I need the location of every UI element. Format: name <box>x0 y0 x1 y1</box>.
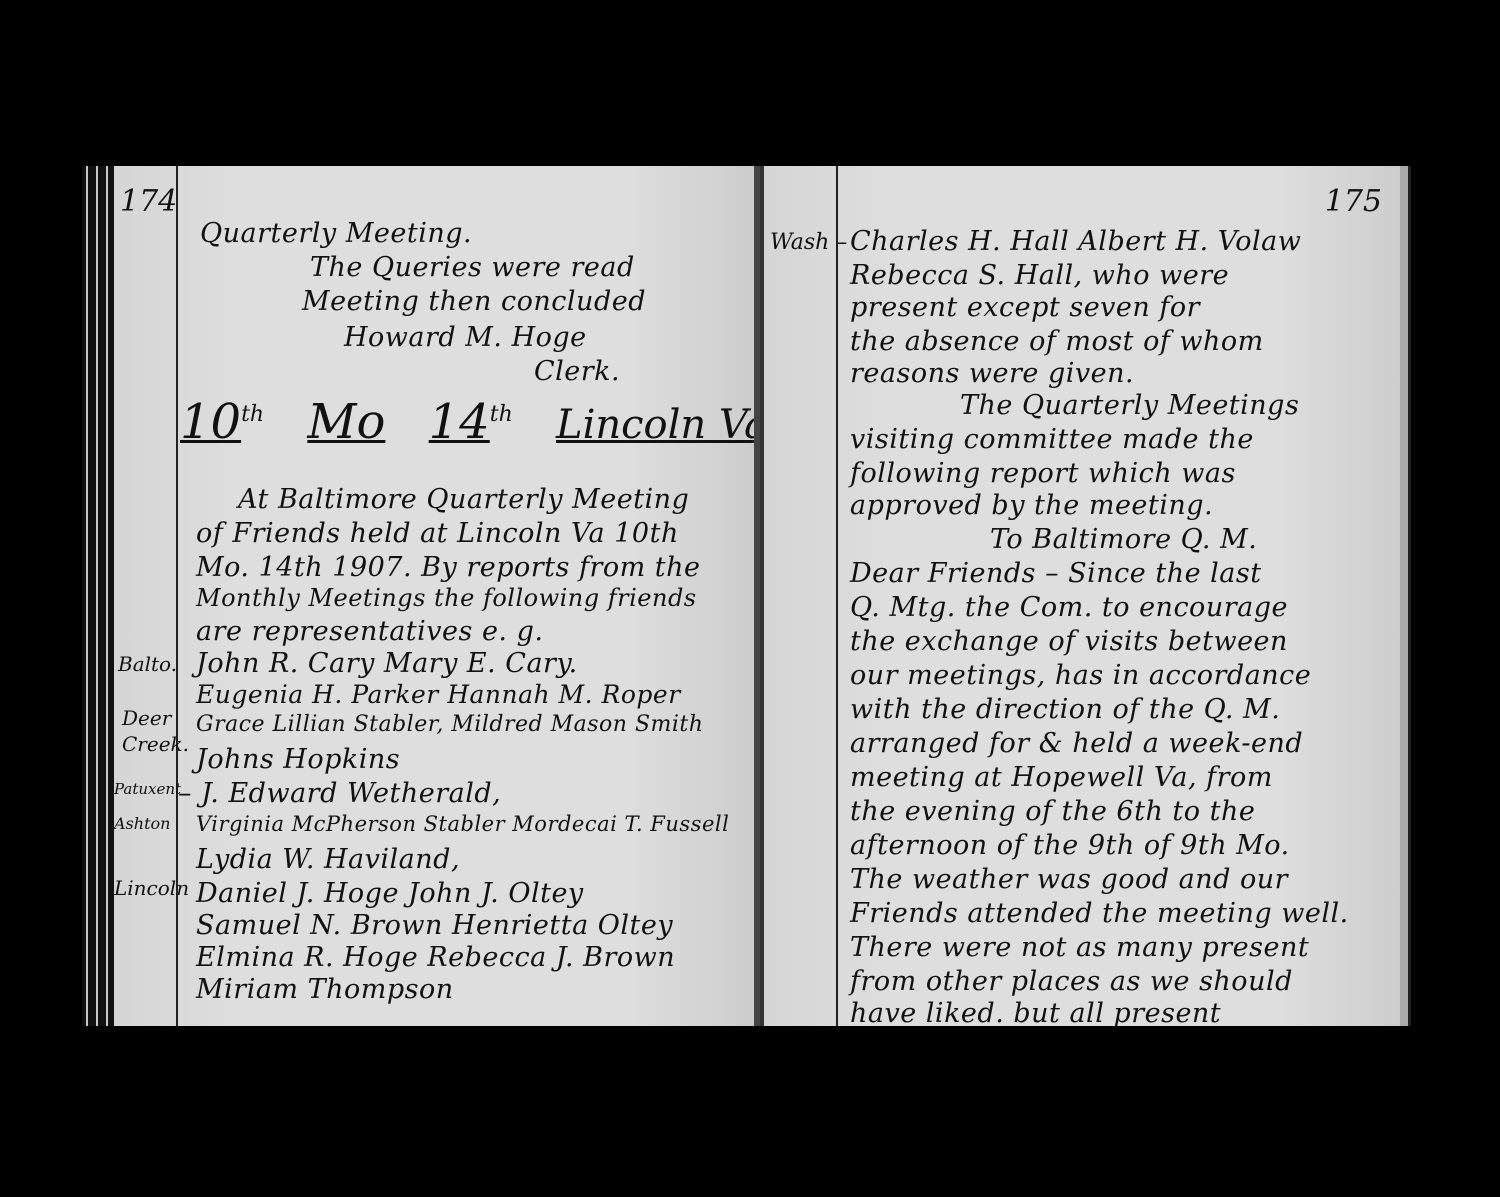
text-line: Miriam Thompson <box>196 974 454 1005</box>
heading-place: Lincoln Va <box>556 402 768 448</box>
book-edge-bands <box>82 166 114 1026</box>
text-line: Dear Friends – Since the last <box>850 558 1262 589</box>
text-line: Grace Lillian Stabler, Mildred Mason Smi… <box>196 712 703 737</box>
text-line: the evening of the 6th to the <box>850 796 1255 827</box>
margin-note-creek: Creek. <box>122 732 189 756</box>
margin-note-balto: Balto. <box>118 652 177 676</box>
page-number: 174 <box>120 184 177 219</box>
text-line: Virginia McPherson Stabler Mordecai T. F… <box>196 812 729 836</box>
margin-note-wash: Wash – <box>770 230 847 255</box>
text-line: arranged for & held a week-end <box>850 728 1303 759</box>
text-line: Eugenia H. Parker Hannah M. Roper <box>196 680 681 709</box>
margin-note-ashton: Ashton <box>114 814 170 833</box>
text-line: Q. Mtg. the Com. to encourage <box>850 592 1288 623</box>
text-line: following report which was <box>850 458 1236 489</box>
right-page: 175 Wash – Charles H. Hall Albert H. Vol… <box>760 166 1404 1026</box>
text-line: the exchange of visits between <box>850 626 1288 657</box>
ledger-book: 174 Quarterly Meeting. The Queries were … <box>82 166 1417 1026</box>
text-line: approved by the meeting. <box>850 490 1213 521</box>
text-line: with the direction of the Q. M. <box>850 694 1280 725</box>
text-line: the absence of most of whom <box>850 326 1264 357</box>
text-line: afternoon of the 9th of 9th Mo. <box>850 830 1290 861</box>
margin-note-lincoln: Lincoln <box>114 876 189 900</box>
heading-month: 10 <box>180 394 241 450</box>
text-line: Quarterly Meeting. <box>200 218 472 249</box>
text-line: Friends attended the meeting well. <box>850 898 1349 929</box>
heading-day: 14 <box>429 394 490 450</box>
text-line: are representatives e. g. <box>196 616 543 647</box>
clerk-title: Clerk. <box>534 356 620 387</box>
heading-mo: Mo <box>307 394 385 450</box>
text-line: Samuel N. Brown Henrietta Oltey <box>196 910 673 941</box>
text-line: from other places as we should <box>850 966 1293 997</box>
text-line: The Queries were read <box>310 252 635 283</box>
text-line: John R. Cary Mary E. Cary. <box>196 648 578 679</box>
margin-note-patuxent: Patuxent <box>114 780 181 798</box>
margin-rule <box>836 166 838 1026</box>
heading-month-suffix: th <box>241 402 264 427</box>
text-line: Johns Hopkins <box>196 744 400 775</box>
text-line: Mo. 14th 1907. By reports from the <box>196 552 701 583</box>
text-line: Daniel J. Hoge John J. Oltey <box>196 878 584 909</box>
text-line: Charles H. Hall Albert H. Volaw <box>850 226 1301 257</box>
text-line: of Friends held at Lincoln Va 10th <box>196 518 679 549</box>
text-line: Monthly Meetings the following friends <box>196 584 697 612</box>
text-line: The weather was good and our <box>850 864 1288 895</box>
text-line: Rebecca S. Hall, who were <box>850 260 1229 291</box>
heading-day-suffix: th <box>490 402 513 427</box>
text-line: – J. Edward Wetherald, <box>178 778 501 809</box>
margin-note-deer: Deer <box>122 706 171 730</box>
page-number: 175 <box>1325 184 1382 219</box>
text-line: have liked. but all present <box>850 998 1221 1029</box>
date-heading: 10th Mo 14th Lincoln Va <box>180 394 768 450</box>
text-line: present except seven for <box>850 292 1200 323</box>
text-line: Meeting then concluded <box>302 286 646 317</box>
text-line: Elmina R. Hoge Rebecca J. Brown <box>196 942 675 973</box>
text-line: visiting committee made the <box>850 424 1254 455</box>
text-line: meeting at Hopewell Va, from <box>850 762 1273 793</box>
text-line: Lydia W. Haviland, <box>196 844 460 875</box>
clerk-signature: Howard M. Hoge <box>344 322 587 353</box>
left-page: 174 Quarterly Meeting. The Queries were … <box>114 166 755 1026</box>
text-line: To Baltimore Q. M. <box>990 524 1257 555</box>
text-line: reasons were given. <box>850 358 1134 389</box>
text-line: At Baltimore Quarterly Meeting <box>238 484 689 515</box>
text-line: our meetings, has in accordance <box>850 660 1311 691</box>
text-line: There were not as many present <box>850 932 1309 963</box>
book-right-edge <box>1400 166 1411 1026</box>
text-line: The Quarterly Meetings <box>960 390 1299 421</box>
